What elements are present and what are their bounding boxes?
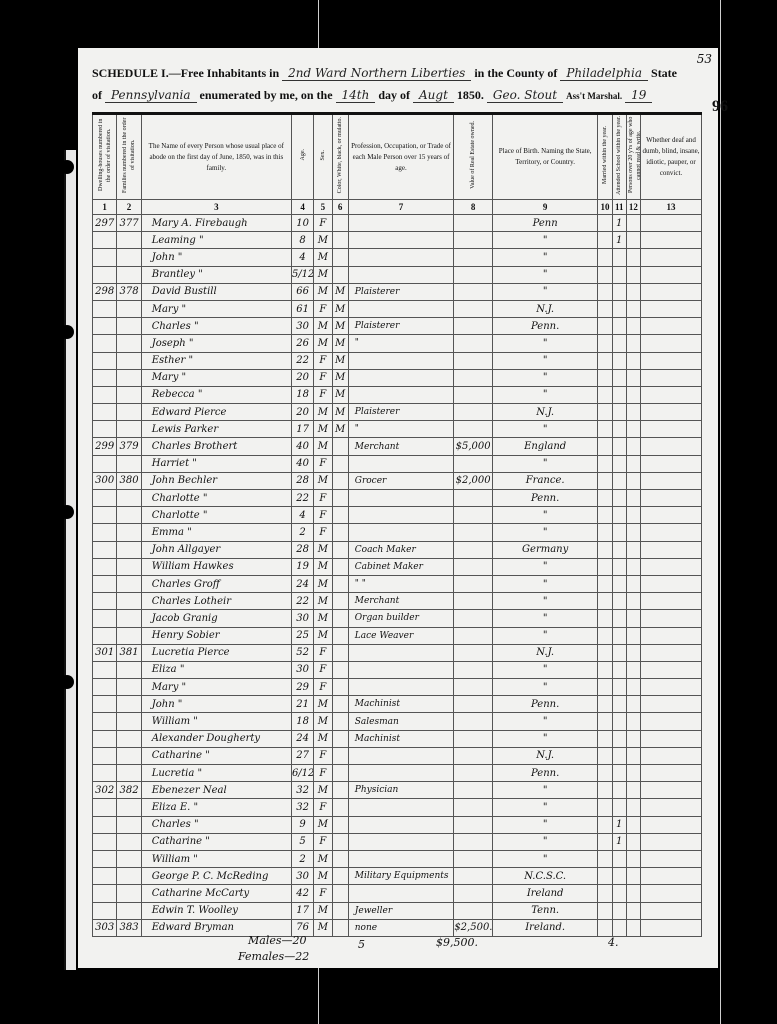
occupation-cell xyxy=(348,661,454,678)
col-num: 12 xyxy=(626,200,640,215)
sex-cell: M xyxy=(314,816,332,833)
birthplace-cell: " xyxy=(492,850,598,867)
illiterate-mark-cell xyxy=(626,661,640,678)
age-cell: 30 xyxy=(291,868,313,885)
dwelling-number-cell xyxy=(93,300,117,317)
table-row: Brantley "5/12M" xyxy=(93,266,702,283)
infirm-mark-cell xyxy=(641,249,702,266)
sex-cell: M xyxy=(314,782,332,799)
table-row: Edwin T. Woolley17MJewellerTenn. xyxy=(93,902,702,919)
sex-cell: M xyxy=(314,249,332,266)
infirm-mark-cell xyxy=(641,232,702,249)
color-cell xyxy=(332,765,348,782)
illiterate-mark-cell xyxy=(626,455,640,472)
school-mark-cell xyxy=(612,541,626,558)
table-row: 301381Lucretia Pierce52FN.J. xyxy=(93,644,702,661)
color-cell: M xyxy=(332,352,348,369)
school-mark-cell: 1 xyxy=(612,215,626,232)
infirm-mark-cell xyxy=(641,816,702,833)
month-field: Augt xyxy=(413,88,454,103)
real-estate-value-cell xyxy=(454,232,493,249)
dwelling-number-cell xyxy=(93,833,117,850)
illiterate-mark-cell xyxy=(626,593,640,610)
dwelling-number-cell xyxy=(93,232,117,249)
table-row: 298378David Bustill66MMPlaisterer" xyxy=(93,283,702,300)
person-name-cell: Mary " xyxy=(141,369,291,386)
marshal-field: Geo. Stout xyxy=(487,88,563,103)
dwelling-number-cell xyxy=(93,679,117,696)
occupation-cell: Machinist xyxy=(348,696,454,713)
real-estate-value-cell xyxy=(454,369,493,386)
illiterate-mark-cell xyxy=(626,713,640,730)
table-row: Esther "22FM" xyxy=(93,352,702,369)
sex-cell: M xyxy=(314,902,332,919)
total-females: Females—22 xyxy=(238,950,309,963)
occupation-cell: Merchant xyxy=(348,438,454,455)
occupation-cell xyxy=(348,300,454,317)
family-number-cell xyxy=(117,421,141,438)
col-num: 4 xyxy=(291,200,313,215)
dwelling-number-cell xyxy=(93,541,117,558)
table-row: Charles Groff24M" "" xyxy=(93,575,702,592)
occupation-cell: " xyxy=(348,335,454,352)
dwelling-number-cell xyxy=(93,249,117,266)
col-name-header: The Name of every Person whose usual pla… xyxy=(141,114,291,200)
married-mark-cell xyxy=(598,438,612,455)
occupation-cell: none xyxy=(348,919,454,936)
occupation-cell: Plaisterer xyxy=(348,404,454,421)
family-number-cell xyxy=(117,266,141,283)
person-name-cell: Catharine " xyxy=(141,747,291,764)
table-row: 299379Charles Brothert40MMerchant$5,000E… xyxy=(93,438,702,455)
real-estate-value-cell xyxy=(454,249,493,266)
illiterate-mark-cell xyxy=(626,782,640,799)
real-estate-value-cell xyxy=(454,747,493,764)
birthplace-cell: N.J. xyxy=(492,747,598,764)
school-mark-cell xyxy=(612,747,626,764)
married-mark-cell xyxy=(598,816,612,833)
person-name-cell: Edwin T. Woolley xyxy=(141,902,291,919)
person-name-cell: Jacob Granig xyxy=(141,610,291,627)
infirm-mark-cell xyxy=(641,575,702,592)
color-cell xyxy=(332,541,348,558)
person-name-cell: Charles Groff xyxy=(141,575,291,592)
person-name-cell: Charles Lotheir xyxy=(141,593,291,610)
birthplace-cell: N.C.S.C. xyxy=(492,868,598,885)
family-number-cell xyxy=(117,730,141,747)
age-cell: 5/12 xyxy=(291,266,313,283)
binding-hole xyxy=(60,160,74,174)
illiterate-mark-cell xyxy=(626,249,640,266)
dwelling-number-cell xyxy=(93,765,117,782)
binding-hole xyxy=(60,505,74,519)
illiterate-mark-cell xyxy=(626,730,640,747)
real-estate-value-cell xyxy=(454,730,493,747)
schedule-header: SCHEDULE I.—Free Inhabitants in 2nd Ward… xyxy=(92,62,702,107)
illiterate-mark-cell xyxy=(626,490,640,507)
age-cell: 2 xyxy=(291,850,313,867)
age-cell: 20 xyxy=(291,369,313,386)
sex-cell: F xyxy=(314,507,332,524)
occupation-cell xyxy=(348,455,454,472)
occupation-cell xyxy=(348,885,454,902)
color-cell xyxy=(332,215,348,232)
age-cell: 2 xyxy=(291,524,313,541)
illiterate-mark-cell xyxy=(626,541,640,558)
person-name-cell: John " xyxy=(141,249,291,266)
family-number-cell xyxy=(117,885,141,902)
family-number-cell xyxy=(117,593,141,610)
age-cell: 30 xyxy=(291,661,313,678)
sex-cell: F xyxy=(314,524,332,541)
birthplace-cell: Penn. xyxy=(492,490,598,507)
married-mark-cell xyxy=(598,283,612,300)
occupation-cell xyxy=(348,765,454,782)
real-estate-value-cell: $2,500. xyxy=(454,919,493,936)
married-mark-cell xyxy=(598,661,612,678)
family-number-cell xyxy=(117,335,141,352)
age-cell: 24 xyxy=(291,730,313,747)
infirm-mark-cell xyxy=(641,661,702,678)
dwelling-number-cell xyxy=(93,885,117,902)
col-color-header: Color, White, black, or mulatto. xyxy=(332,114,348,200)
color-cell xyxy=(332,782,348,799)
birthplace-cell: " xyxy=(492,283,598,300)
table-row: Mary "29F" xyxy=(93,679,702,696)
real-estate-value-cell xyxy=(454,575,493,592)
family-number-cell xyxy=(117,713,141,730)
dwelling-number-cell xyxy=(93,850,117,867)
school-mark-cell xyxy=(612,799,626,816)
occupation-cell xyxy=(348,679,454,696)
dwelling-number-cell xyxy=(93,575,117,592)
family-number-cell xyxy=(117,765,141,782)
sex-cell: M xyxy=(314,421,332,438)
person-name-cell: Lucretia " xyxy=(141,765,291,782)
sex-cell: M xyxy=(314,713,332,730)
sex-cell: F xyxy=(314,490,332,507)
school-mark-cell xyxy=(612,919,626,936)
sex-cell: F xyxy=(314,765,332,782)
dwelling-number-cell xyxy=(93,455,117,472)
infirm-mark-cell xyxy=(641,782,702,799)
real-estate-value-cell xyxy=(454,799,493,816)
age-cell: 22 xyxy=(291,490,313,507)
person-name-cell: Joseph " xyxy=(141,335,291,352)
school-mark-cell xyxy=(612,558,626,575)
sex-cell: M xyxy=(314,232,332,249)
real-estate-value-cell xyxy=(454,627,493,644)
married-mark-cell xyxy=(598,490,612,507)
infirm-mark-cell xyxy=(641,610,702,627)
birthplace-cell: " xyxy=(492,730,598,747)
infirm-mark-cell xyxy=(641,747,702,764)
sex-cell: M xyxy=(314,627,332,644)
school-mark-cell xyxy=(612,713,626,730)
real-estate-value-cell xyxy=(454,524,493,541)
infirm-mark-cell xyxy=(641,335,702,352)
person-name-cell: Lucretia Pierce xyxy=(141,644,291,661)
sex-cell: M xyxy=(314,575,332,592)
total-col11: 4. xyxy=(608,936,619,949)
family-number-cell xyxy=(117,507,141,524)
occupation-cell xyxy=(348,266,454,283)
age-cell: 17 xyxy=(291,421,313,438)
enumerated-label: enumerated by me, on the xyxy=(200,88,333,102)
day-field: 14th xyxy=(336,88,376,103)
county-field: Philadelphia xyxy=(560,66,648,81)
married-mark-cell xyxy=(598,232,612,249)
family-number-cell xyxy=(117,747,141,764)
infirm-mark-cell xyxy=(641,799,702,816)
age-cell: 61 xyxy=(291,300,313,317)
color-cell xyxy=(332,490,348,507)
occupation-cell: Lace Weaver xyxy=(348,627,454,644)
illiterate-mark-cell xyxy=(626,524,640,541)
infirm-mark-cell xyxy=(641,765,702,782)
birthplace-cell: " xyxy=(492,369,598,386)
dwelling-number-cell xyxy=(93,816,117,833)
occupation-cell xyxy=(348,833,454,850)
married-mark-cell xyxy=(598,593,612,610)
person-name-cell: Lewis Parker xyxy=(141,421,291,438)
illiterate-mark-cell xyxy=(626,868,640,885)
occupation-cell xyxy=(348,816,454,833)
page-binding xyxy=(64,150,76,970)
age-cell: 22 xyxy=(291,352,313,369)
school-mark-cell xyxy=(612,283,626,300)
color-cell xyxy=(332,266,348,283)
occupation-cell: Cabinet Maker xyxy=(348,558,454,575)
age-cell: 40 xyxy=(291,438,313,455)
infirm-mark-cell xyxy=(641,524,702,541)
table-row: Rebecca "18FM" xyxy=(93,386,702,403)
illiterate-mark-cell xyxy=(626,318,640,335)
age-cell: 32 xyxy=(291,799,313,816)
occupation-cell xyxy=(348,799,454,816)
birthplace-cell: Tenn. xyxy=(492,902,598,919)
real-estate-value-cell: $5,000 xyxy=(454,438,493,455)
sex-cell: M xyxy=(314,850,332,867)
real-estate-value-cell xyxy=(454,490,493,507)
marshal-label: Ass't Marshal. xyxy=(566,91,622,101)
color-cell: M xyxy=(332,369,348,386)
illiterate-mark-cell xyxy=(626,816,640,833)
dwelling-number-cell: 303 xyxy=(93,919,117,936)
illiterate-mark-cell xyxy=(626,266,640,283)
married-mark-cell xyxy=(598,850,612,867)
birthplace-cell: " xyxy=(492,627,598,644)
family-number-cell: 383 xyxy=(117,919,141,936)
occupation-cell: " xyxy=(348,421,454,438)
table-row: Mary "61FMN.J. xyxy=(93,300,702,317)
illiterate-mark-cell xyxy=(626,902,640,919)
table-row: Harriet "40F" xyxy=(93,455,702,472)
col-num: 11 xyxy=(612,200,626,215)
birthplace-cell: Penn xyxy=(492,215,598,232)
birthplace-cell: " xyxy=(492,335,598,352)
sex-cell: M xyxy=(314,919,332,936)
illiterate-mark-cell xyxy=(626,627,640,644)
school-mark-cell xyxy=(612,610,626,627)
person-name-cell: Leaming " xyxy=(141,232,291,249)
dwelling-number-cell: 301 xyxy=(93,644,117,661)
color-cell xyxy=(332,696,348,713)
age-cell: 28 xyxy=(291,472,313,489)
color-cell xyxy=(332,644,348,661)
school-mark-cell xyxy=(612,455,626,472)
birthplace-cell: " xyxy=(492,558,598,575)
color-cell xyxy=(332,713,348,730)
dwelling-number-cell xyxy=(93,524,117,541)
sex-cell: F xyxy=(314,369,332,386)
person-name-cell: William Hawkes xyxy=(141,558,291,575)
real-estate-value-cell xyxy=(454,421,493,438)
infirm-mark-cell xyxy=(641,215,702,232)
school-mark-cell xyxy=(612,644,626,661)
age-cell: 25 xyxy=(291,627,313,644)
col-family-header: Families numbered in the order of visita… xyxy=(117,114,141,200)
illiterate-mark-cell xyxy=(626,850,640,867)
color-cell xyxy=(332,902,348,919)
family-number-cell xyxy=(117,300,141,317)
real-estate-value-cell xyxy=(454,215,493,232)
table-row: Eliza "30F" xyxy=(93,661,702,678)
sex-cell: M xyxy=(314,730,332,747)
occupation-cell: Machinist xyxy=(348,730,454,747)
birthplace-cell: " xyxy=(492,782,598,799)
table-row: 297377Mary A. Firebaugh10FPenn1 xyxy=(93,215,702,232)
school-mark-cell xyxy=(612,782,626,799)
illiterate-mark-cell xyxy=(626,747,640,764)
col-sex-header: Sex. xyxy=(314,114,332,200)
married-mark-cell xyxy=(598,833,612,850)
sheet-number: 96 xyxy=(712,98,728,116)
color-cell xyxy=(332,919,348,936)
table-row: Charlotte "22FPenn. xyxy=(93,490,702,507)
table-row: Eliza E. "32F" xyxy=(93,799,702,816)
birthplace-cell: N.J. xyxy=(492,404,598,421)
school-mark-cell xyxy=(612,507,626,524)
table-row: 300380John Bechler28MGrocer$2,000France. xyxy=(93,472,702,489)
real-estate-value-cell xyxy=(454,404,493,421)
married-mark-cell xyxy=(598,713,612,730)
age-cell: 5 xyxy=(291,833,313,850)
infirm-mark-cell xyxy=(641,679,702,696)
color-cell xyxy=(332,627,348,644)
color-cell xyxy=(332,593,348,610)
birthplace-cell: " xyxy=(492,799,598,816)
dwelling-number-cell xyxy=(93,661,117,678)
sex-cell: M xyxy=(314,335,332,352)
table-row: Charles "30MMPlaistererPenn. xyxy=(93,318,702,335)
color-cell xyxy=(332,575,348,592)
illiterate-mark-cell xyxy=(626,610,640,627)
married-mark-cell xyxy=(598,558,612,575)
age-cell: 30 xyxy=(291,610,313,627)
infirm-mark-cell xyxy=(641,868,702,885)
birthplace-cell: " xyxy=(492,713,598,730)
infirm-mark-cell xyxy=(641,472,702,489)
person-name-cell: Alexander Dougherty xyxy=(141,730,291,747)
real-estate-value-cell xyxy=(454,318,493,335)
infirm-mark-cell xyxy=(641,919,702,936)
infirm-mark-cell xyxy=(641,644,702,661)
family-number-cell xyxy=(117,610,141,627)
occupation-cell xyxy=(348,524,454,541)
school-mark-cell xyxy=(612,300,626,317)
dwelling-number-cell xyxy=(93,627,117,644)
person-name-cell: William " xyxy=(141,713,291,730)
age-cell: 8 xyxy=(291,232,313,249)
infirm-mark-cell xyxy=(641,833,702,850)
illiterate-mark-cell xyxy=(626,919,640,936)
family-number-cell xyxy=(117,455,141,472)
total-col7: 5 xyxy=(358,938,365,951)
infirm-mark-cell xyxy=(641,490,702,507)
person-name-cell: Charles Brothert xyxy=(141,438,291,455)
sex-cell: F xyxy=(314,833,332,850)
col-infirm-header: Whether deaf and dumb, blind, insane, id… xyxy=(641,114,702,200)
color-cell: M xyxy=(332,283,348,300)
person-name-cell: Eliza " xyxy=(141,661,291,678)
family-number-cell xyxy=(117,816,141,833)
school-mark-cell xyxy=(612,266,626,283)
sex-cell: F xyxy=(314,300,332,317)
family-number-cell xyxy=(117,575,141,592)
col-occupation-header: Profession, Occupation, or Trade of each… xyxy=(348,114,454,200)
school-mark-cell xyxy=(612,404,626,421)
school-mark-cell xyxy=(612,627,626,644)
infirm-mark-cell xyxy=(641,593,702,610)
state-label: State xyxy=(651,66,677,80)
sex-cell: F xyxy=(314,799,332,816)
school-mark-cell xyxy=(612,249,626,266)
birthplace-cell: " xyxy=(492,816,598,833)
illiterate-mark-cell xyxy=(626,765,640,782)
occupation-cell xyxy=(348,352,454,369)
color-cell xyxy=(332,507,348,524)
age-cell: 9 xyxy=(291,816,313,833)
school-mark-cell xyxy=(612,472,626,489)
age-cell: 27 xyxy=(291,747,313,764)
occupation-cell: Jeweller xyxy=(348,902,454,919)
birthplace-cell: " xyxy=(492,507,598,524)
person-name-cell: Esther " xyxy=(141,352,291,369)
family-number-cell xyxy=(117,833,141,850)
illiterate-mark-cell xyxy=(626,369,640,386)
real-estate-value-cell xyxy=(454,593,493,610)
birthplace-cell: Penn. xyxy=(492,318,598,335)
birthplace-cell: Ireland. xyxy=(492,919,598,936)
table-row: Charles Lotheir22MMerchant" xyxy=(93,593,702,610)
occupation-cell xyxy=(348,232,454,249)
birthplace-cell: " xyxy=(492,266,598,283)
real-estate-value-cell xyxy=(454,352,493,369)
schedule-label: SCHEDULE I.—Free Inhabitants in xyxy=(92,66,279,80)
col-illiterate-header: Persons over 20 y'rs of age who cannot r… xyxy=(626,114,640,200)
sex-cell: M xyxy=(314,472,332,489)
person-name-cell: John " xyxy=(141,696,291,713)
sex-cell: F xyxy=(314,885,332,902)
table-row: Charlotte "4F" xyxy=(93,507,702,524)
color-cell xyxy=(332,232,348,249)
dwelling-number-cell xyxy=(93,421,117,438)
real-estate-value-cell xyxy=(454,679,493,696)
sex-cell: F xyxy=(314,679,332,696)
person-name-cell: Charlotte " xyxy=(141,490,291,507)
district-field: 2nd Ward Northern Liberties xyxy=(282,66,471,81)
